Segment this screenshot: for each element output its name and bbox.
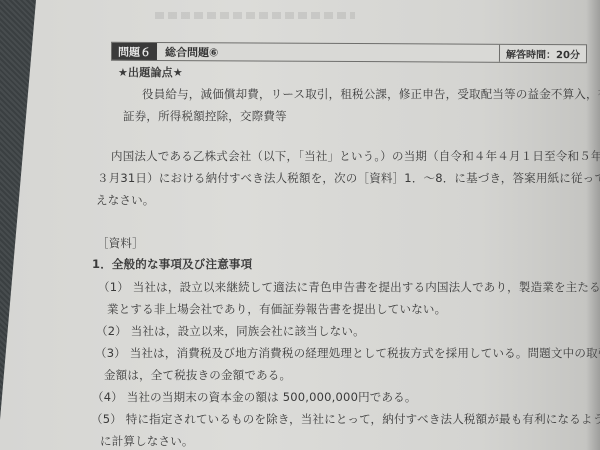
item-3-line-2: 金額は，全て税抜きの金額である。 [104,367,291,383]
item-1-line-1: （1） 当社は，設立以来継続して適法に青色申告書を提出する内国法人であり，製造業… [98,279,600,295]
show-through-text [155,12,355,19]
intro-line-2: ３月31日）における納付すべき法人税額を，次の［資料］1．～8．に基づき，答案用… [97,170,600,186]
problem-header: 問題６ 総合問題⑥ 解答時間：20分 [111,42,587,63]
topics-heading: ★出題論点★ [118,64,183,80]
item-5-line-2: に計算しなさい。 [100,433,194,449]
problem-title: 総合問題⑥ [157,43,499,62]
materials-heading: ［資料］ [97,235,144,251]
item-3-line-1: （3） 当社は，消費税及び地方消費税の経理処理として税抜方式を採用している。問題… [95,345,600,361]
problem-number: 問題６ [112,43,157,60]
item-2-line-1: （2） 当社は，設立以来，同族会社に該当しない。 [96,323,365,339]
topics-line-2: 証券，所得税額控除，交際費等 [123,108,287,124]
exam-page: 問題６ 総合問題⑥ 解答時間：20分 ★出題論点★ 役員給与，減価償却費，リース… [0,0,600,450]
topics-line-1: 役員給与，減価償却費，リース取引，租税公課，修正申告，受取配当等の益金不算入，有… [142,86,600,102]
item-1-line-2: 業とする非上場会社であり，有価証券報告書を提出していない。 [107,301,446,317]
page-edge-shadow [586,0,600,450]
answer-time: 解答時間：20分 [499,45,586,62]
item-5-line-1: （5） 特に指定されているものを除き，当社にとって，納付すべき法人税額が最も有利… [91,411,600,427]
section-1-title: 1．全般的な事項及び注意事項 [92,256,252,272]
intro-line-1: 内国法人である乙株式会社（以下，「当社」という。）の当期（自令和４年４月１日至令… [111,148,600,164]
intro-line-3: えなさい。 [96,192,155,208]
item-4-line-1: （4） 当社の当期末の資本金の額は 500,000,000円である。 [92,389,417,405]
